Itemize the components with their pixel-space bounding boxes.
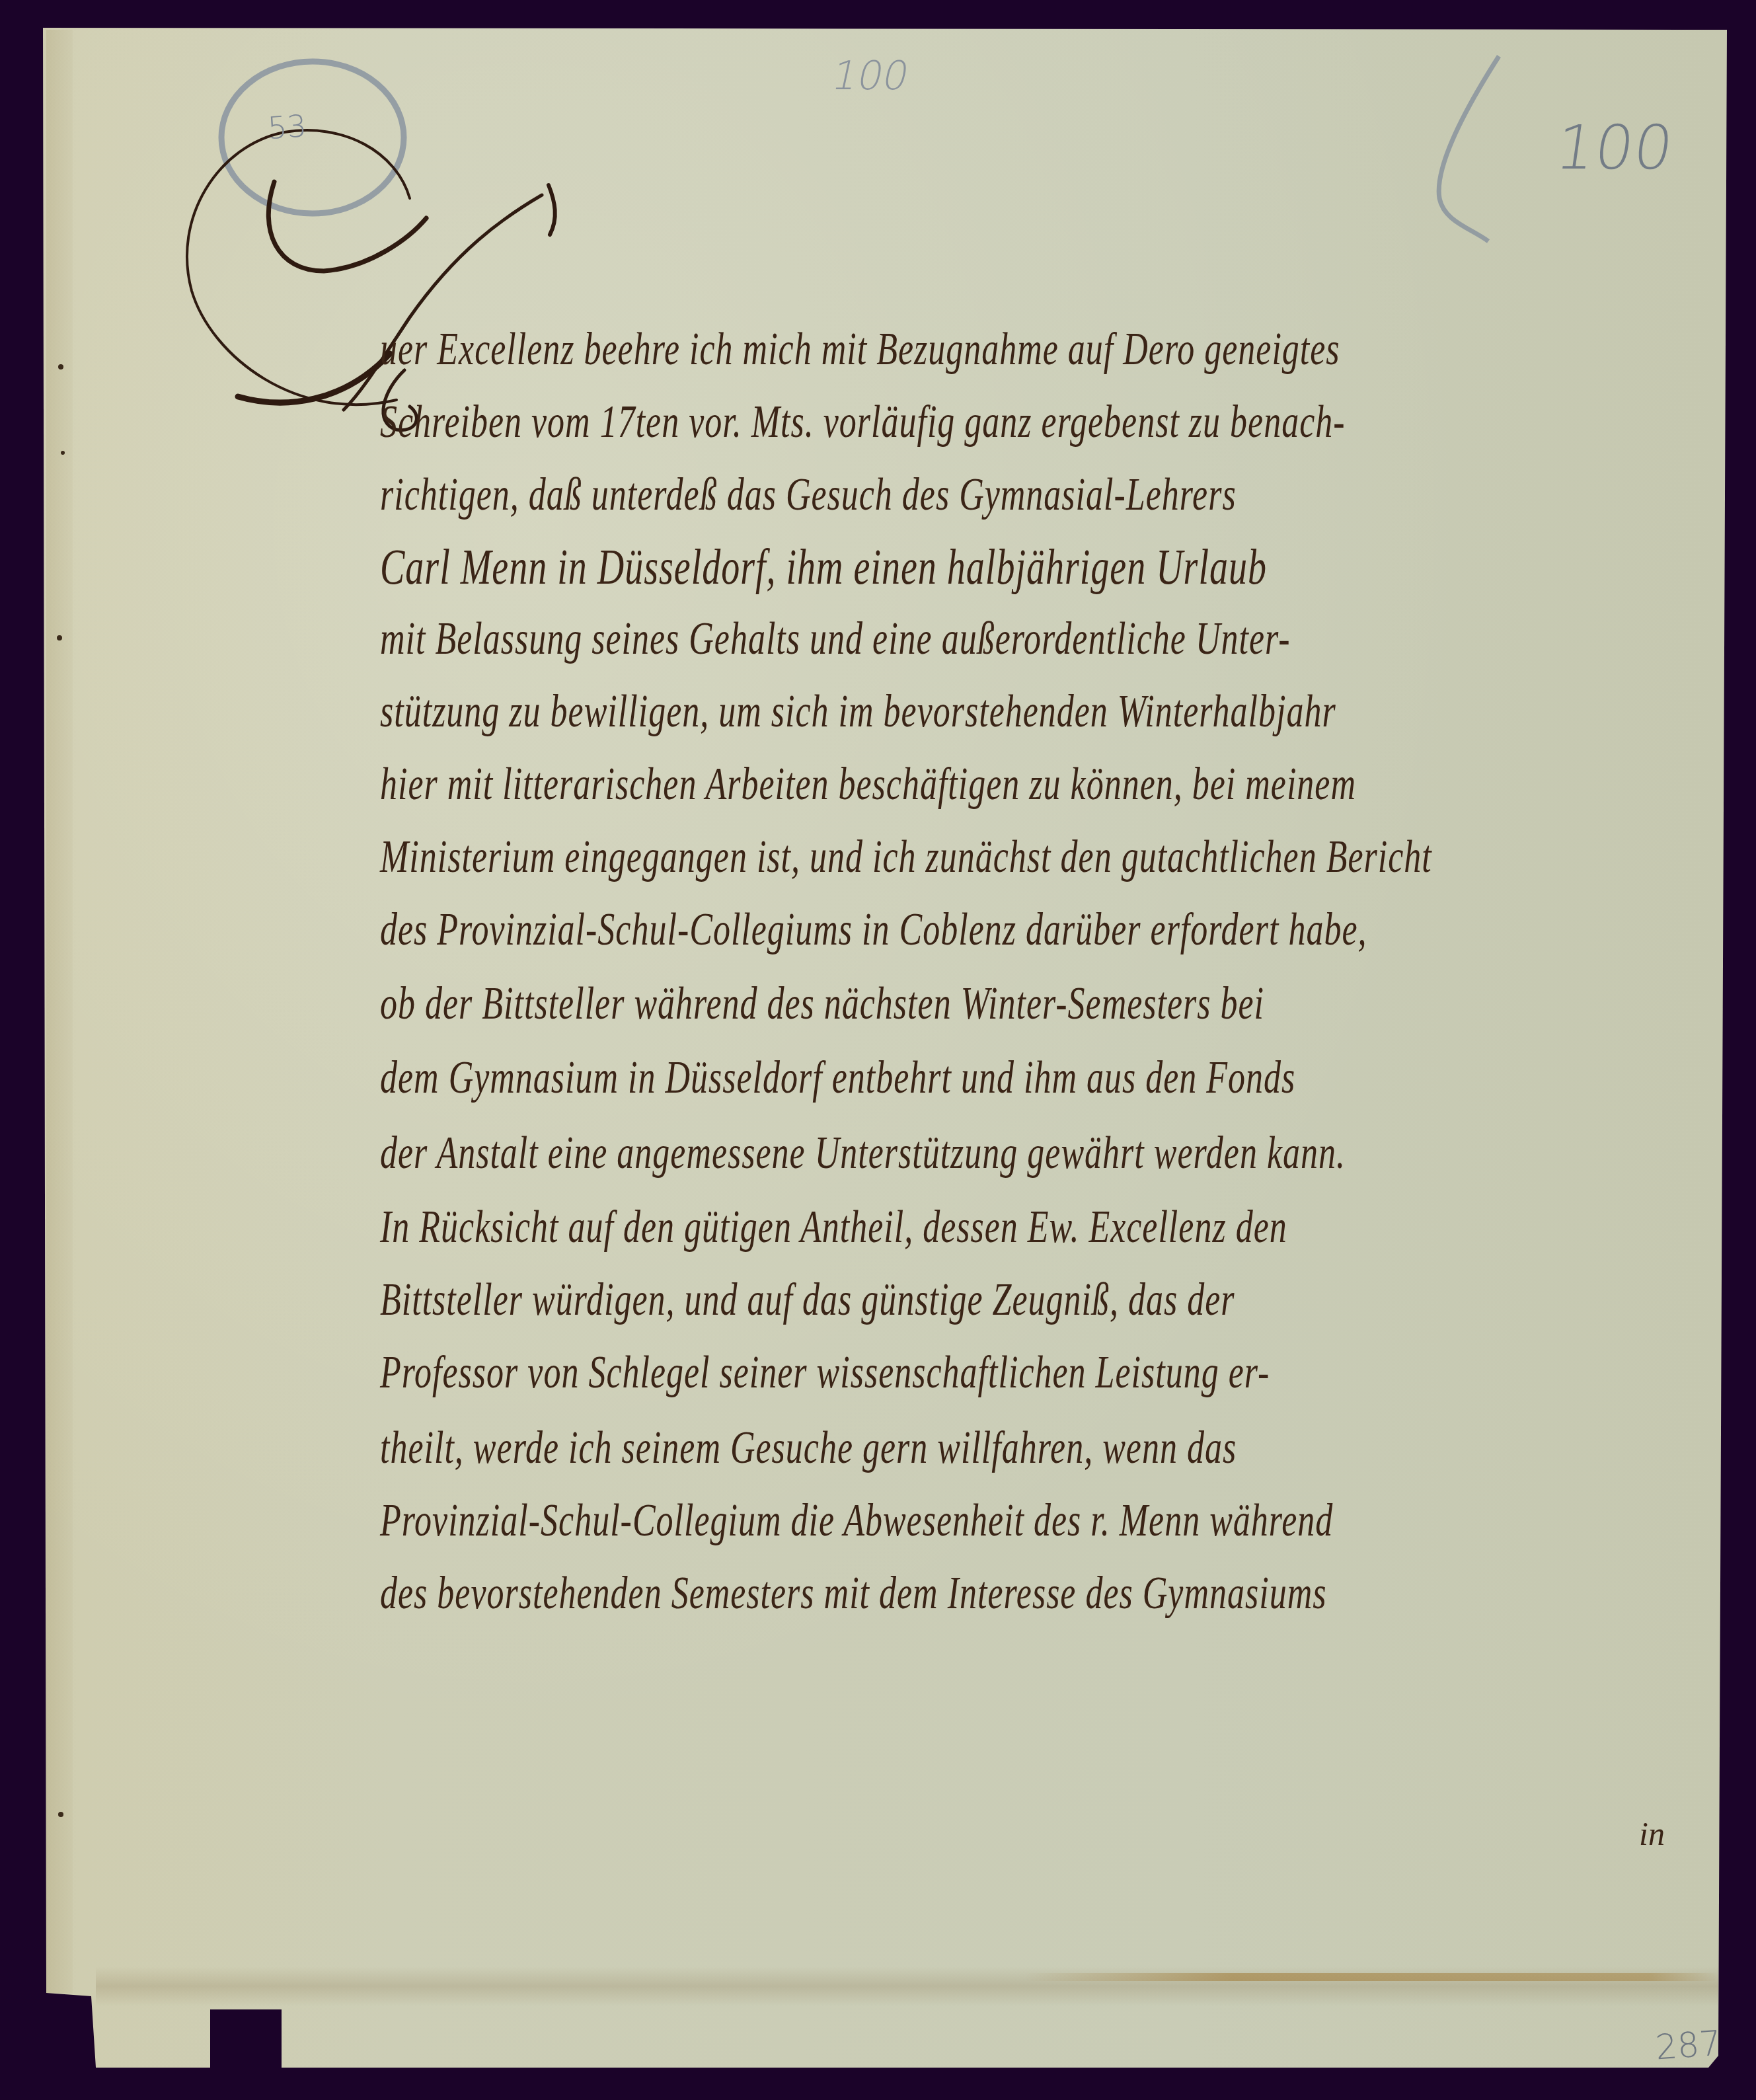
left-fold-shadow: [46, 30, 73, 1993]
text-line: In Rücksicht auf den gütigen Antheil, de…: [380, 1201, 1287, 1254]
bottom-fold-shadow: [96, 1966, 1718, 2006]
text-line: Bittsteller würdigen, und auf das günsti…: [380, 1274, 1235, 1327]
text-line: dem Gymnasium in Düsseldorf entbehrt und…: [380, 1052, 1295, 1105]
circled-page-number: 53: [266, 108, 307, 146]
text-line: Provinzial-Schul-Collegium die Abwesenhe…: [380, 1495, 1333, 1547]
pencil-number-top-center: 100: [828, 53, 913, 99]
text-line: richtigen, daß unterdeß das Gesuch des G…: [380, 469, 1237, 522]
text-line: des Provinzial-Schul-Collegiums in Coble…: [380, 904, 1367, 956]
text-line: des bevorstehenden Semesters mit dem Int…: [380, 1567, 1326, 1620]
text-line: Schreiben vom 17ten vor. Mts. vorläufig …: [380, 396, 1346, 449]
text-line: mit Belassung seines Gehalts und eine au…: [380, 613, 1291, 666]
torn-notch: [210, 2009, 282, 2069]
bottom-stain: [1024, 1973, 1718, 1981]
text-line: Professor von Schlegel seiner wissenscha…: [380, 1346, 1270, 1399]
text-line: stützung zu bewilligen, um sich im bevor…: [380, 685, 1336, 738]
text-line: ob der Bittsteller während des nächsten …: [380, 978, 1264, 1031]
pencil-number-top-right: 100: [1551, 112, 1677, 183]
text-line: Ministerium eingegangen ist, und ich zun…: [380, 831, 1432, 884]
paper-sheet: [0, 0, 1756, 2100]
text-line: hier mit litterarischen Arbeiten beschäf…: [380, 758, 1356, 811]
text-line: theilt, werde ich seinem Gesuche gern wi…: [380, 1422, 1237, 1475]
text-line: Carl Menn in Düsseldorf, ihm einen halbj…: [380, 539, 1267, 596]
folio-number: 287: [1654, 2024, 1722, 2068]
catchword: in: [1639, 1814, 1665, 1853]
text-line: der Anstalt eine angemessene Unterstützu…: [380, 1127, 1346, 1180]
text-line: uer Excellenz beehre ich mich mit Bezugn…: [380, 323, 1340, 376]
